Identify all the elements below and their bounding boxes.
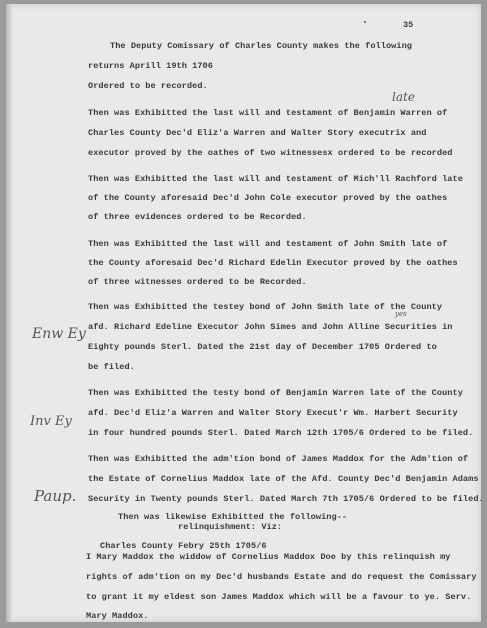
entry-2-line-2: of the County aforesaid Dec'd John Cole … (88, 193, 447, 203)
header-line-3: Ordered to be recorded. (88, 81, 208, 91)
margin-note-enw-ey: Enw Ey (32, 326, 86, 342)
margin-note-paup: Paup. (34, 487, 76, 505)
entry-4-line-4: be filed. (88, 362, 135, 372)
relinquishment-place-date: Charles County Febry 25th 1705/6 (100, 541, 267, 551)
relinquishment-subtitle: relinquishment: Viz: (178, 522, 282, 532)
page-number: 35 (403, 20, 413, 30)
document-page: 35 The Deputy Comissary of Charles Count… (6, 4, 481, 622)
entry-3-line-1: Then was Exhibitted the last will and te… (88, 239, 447, 249)
margin-note-inv-ey: Inv Ey (30, 414, 72, 429)
entry-6-line-3: Security in Twenty pounds Sterl. Dated M… (88, 494, 484, 504)
entry-4-line-2: afd. Richard Edeline Executor John Simes… (88, 322, 453, 332)
entry-6-line-1: Then was Exhibitted the adm'tion bond of… (88, 454, 468, 464)
handwritten-annotation-late: late (392, 90, 415, 104)
entry-5-line-3: in four hundred pounds Sterl. Dated Marc… (88, 428, 473, 438)
entry-2-line-1: Then was Exhibitted the last will and te… (88, 174, 463, 184)
entry-6-line-2: the Estate of Cornelius Maddox late of t… (88, 474, 479, 484)
relinquishment-intro: Then was likewise Exhibitted the followi… (118, 512, 347, 522)
entry-4-line-1: Then was Exhibitted the testey bond of J… (88, 302, 442, 312)
relinquishment-signature: Mary Maddox. (86, 611, 149, 621)
relinquishment-line-3: to grant it my eldest son James Maddox w… (86, 592, 471, 602)
entry-1-line-3: executor proved by the oathes of two wit… (88, 148, 453, 158)
entry-5-line-1: Then was Exhibitted the testy bond of Be… (88, 388, 463, 398)
ink-dot (364, 21, 366, 23)
relinquishment-line-1: I Mary Maddox the widdow of Cornelius Ma… (86, 552, 451, 562)
header-line-1: The Deputy Comissary of Charles County m… (110, 41, 412, 51)
entry-3-line-3: of three witnesses ordered to be Recorde… (88, 277, 307, 287)
entry-4-line-3: Eighty pounds Sterl. Dated the 21st day … (88, 342, 437, 352)
entry-5-line-2: afd. Dec'd Eliz'a Warren and Walter Stor… (88, 408, 458, 418)
header-line-2: returns Aprill 19th 1706 (88, 61, 213, 71)
relinquishment-line-2: rights of adm'tion on my Dec'd husbands … (86, 572, 477, 582)
entry-1-line-1: Then was Exhibitted the last will and te… (88, 108, 447, 118)
page-edge-shadow (6, 4, 12, 622)
entry-1-line-2: Charles County Dec'd Eliz'a Warren and W… (88, 128, 426, 138)
entry-3-line-2: the County aforesaid Dec'd Richard Edeli… (88, 258, 458, 268)
entry-2-line-3: of three evidences ordered to be Recorde… (88, 212, 307, 222)
handwritten-annotation-yes: yes (395, 310, 407, 318)
